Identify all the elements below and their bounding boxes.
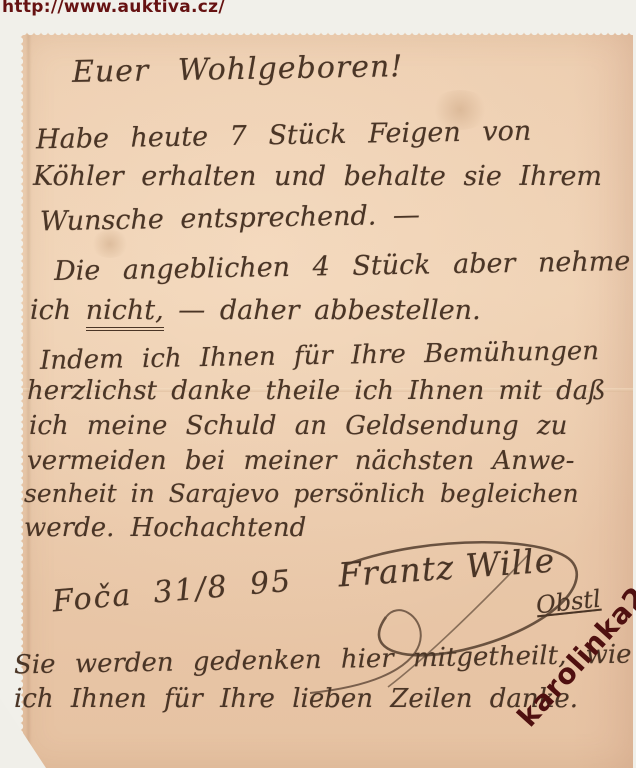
handwritten-line: ich meine Schuld an Geldsendung zu xyxy=(29,411,567,441)
line-fragment: ich xyxy=(30,295,86,326)
line-fragment: — daher abbestellen. xyxy=(164,295,481,326)
underlined-word: nicht, xyxy=(86,295,164,331)
postscript-line: ich Ihnen für Ihre lieben Zeilen danke. xyxy=(14,684,578,714)
scanned-letter-page: { "watermarks": { "url_text": "http://ww… xyxy=(0,0,636,768)
handwritten-line: werde. Hochachtend xyxy=(24,513,306,543)
handwritten-line: herzlichst danke theile ich Ihnen mit da… xyxy=(27,376,606,406)
handwritten-line: vermeiden bei meiner nächsten Anwe- xyxy=(27,446,574,476)
salutation-line: Euer Wohlgeboren! xyxy=(72,49,404,90)
handwritten-line: Köhler erhalten und behalte sie Ihrem xyxy=(33,161,602,192)
perforation-top-edge xyxy=(20,30,633,39)
watermark-url-text: http://www.auktiva.cz/ xyxy=(2,0,225,17)
handwritten-line: ich nicht, — daher abbestellen. xyxy=(30,295,481,326)
handwritten-line: senheit in Sarajevo persönlich begleiche… xyxy=(24,479,579,508)
handwritten-line: Wunsche entsprechend. — xyxy=(40,200,420,238)
